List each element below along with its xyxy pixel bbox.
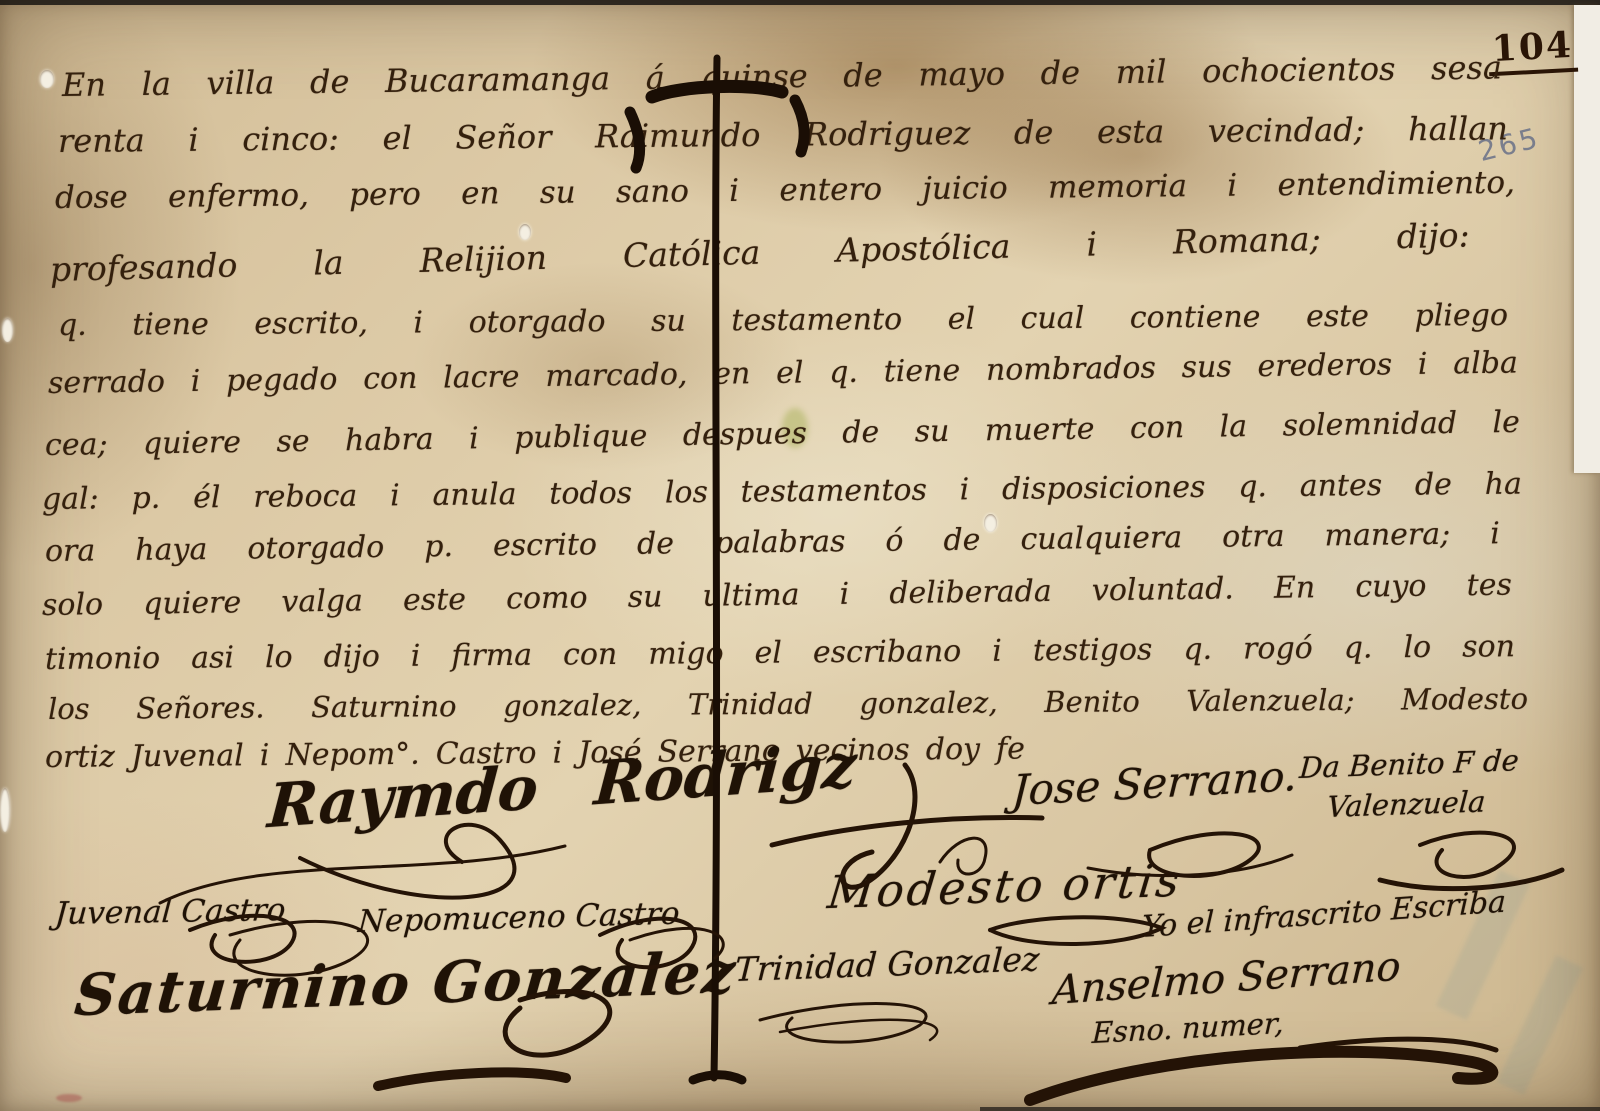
manuscript-page: 104 265 En la villa de Bucaramanga á qui… — [0, 0, 1600, 1111]
signature-anselmo-serrano: Anselmo Serrano — [1051, 943, 1402, 1014]
paper-hole — [40, 70, 54, 88]
manuscript-line-3: dose enfermo, pero en su sano i entero j… — [55, 165, 1515, 216]
signature-modesto-ortiz: Modesto ortis — [825, 854, 1185, 920]
manuscript-line-11: timonio asi lo dijo i firma con migo el … — [45, 629, 1515, 677]
paper-tear — [0, 788, 10, 832]
signature-benito-valenzuela: Da Benito F de Valenzuela — [1295, 740, 1520, 828]
manuscript-line-8: gal: p. él reboca i anula todos los test… — [42, 467, 1522, 517]
manuscript-line-10: solo quiere valga este como su ultima i … — [42, 567, 1512, 623]
signature-jose-serrano: Jose Serrano. — [1011, 751, 1299, 815]
manuscript-line-1: En la villa de Bucaramanga á quinse de m… — [62, 48, 1502, 104]
signature-escribano-note: Yo el infrascrito Escriba — [1141, 884, 1506, 945]
manuscript-line-9: ora haya otorgado p. escrito de palabras… — [45, 516, 1500, 569]
manuscript-line-6: serrado i pegado con lacre marcado, en e… — [48, 345, 1518, 401]
paper-stain — [56, 1094, 82, 1102]
signature-juvenal-castro: Juvenal Castro — [54, 892, 287, 932]
manuscript-line-7: cea; quiere se habra i publique despues … — [45, 405, 1520, 463]
bottom-swash-flourish — [1030, 1052, 1492, 1100]
bleedthrough-mark — [1497, 955, 1583, 1095]
signature-saturnino-gonzalez: Saturnino Gonzalez — [72, 939, 740, 1029]
signature-nepomuceno-castro: Nepomuceno Castro — [357, 896, 681, 940]
photo-bottom-edge — [980, 1107, 1600, 1111]
manuscript-line-5: q. tiene escrito, i otorgado su testamen… — [58, 298, 1508, 343]
signature-trinidad-gonzalez: Trinidad Gonzalez — [734, 939, 1040, 989]
paper-hole — [2, 318, 13, 342]
signature-benito-line1: Da Benito F de — [1298, 743, 1520, 785]
signature-escribano-title: Esno. numer, — [1091, 1006, 1284, 1050]
manuscript-line-2: renta i cinco: el Señor Raimundo Rodrigu… — [58, 109, 1508, 160]
manuscript-line-12: los Señores. Saturnino gonzalez, Trinida… — [48, 682, 1528, 726]
photo-top-edge — [0, 0, 1600, 5]
manuscript-line-4: profesando la Relijion Católica Apostóli… — [50, 215, 1471, 289]
paper-right-edge — [1574, 5, 1600, 473]
document-photo: 104 265 En la villa de Bucaramanga á qui… — [0, 0, 1600, 1111]
signature-benito-line2: Valenzuela — [1326, 784, 1487, 824]
